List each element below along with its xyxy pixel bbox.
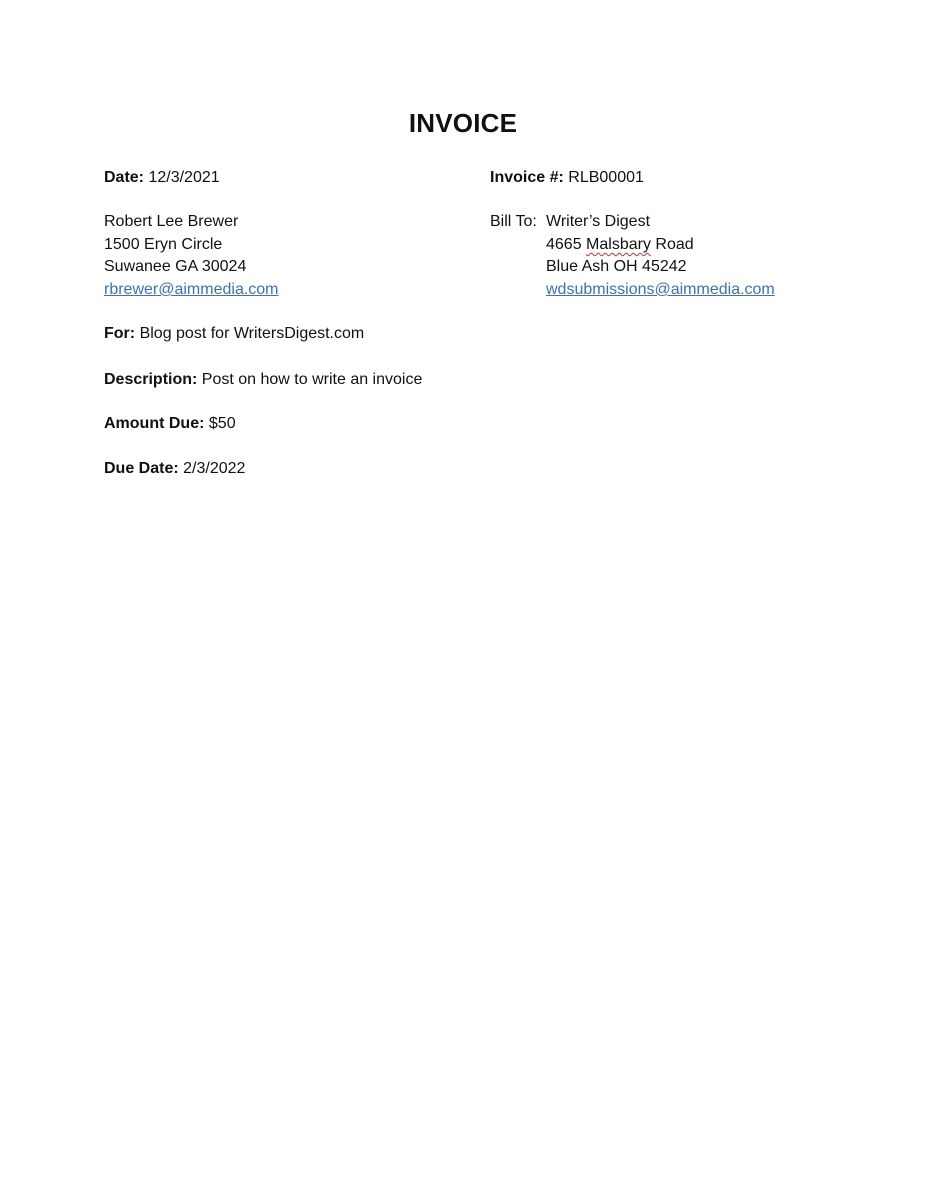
bill-to-city: Blue Ash OH 45242 [546,256,687,278]
sender-city: Suwanee GA 30024 [104,256,246,278]
sender-email-link[interactable]: rbrewer@aimmedia.com [104,281,279,298]
for-value: Blog post for WritersDigest.com [140,325,365,342]
bill-to-label: Bill To: [490,211,537,233]
invoice-number-label: Invoice #: [490,169,564,186]
description-label: Description: [104,371,197,388]
description-value: Post on how to write an invoice [202,371,423,388]
description-line: Description: Post on how to write an inv… [104,369,422,391]
for-line: For: Blog post for WritersDigest.com [104,323,364,345]
date-value: 12/3/2021 [148,169,219,186]
amount-due-line: Amount Due: $50 [104,413,236,435]
invoice-title: INVOICE [0,108,926,139]
date-line: Date: 12/3/2021 [104,167,220,189]
due-date-label: Due Date: [104,460,179,477]
bill-to-street-suffix: Road [655,236,693,253]
sender-street: 1500 Eryn Circle [104,234,222,256]
amount-due-label: Amount Due: [104,415,204,432]
due-date-value: 2/3/2022 [183,460,245,477]
spellcheck-flagged-word[interactable]: Malsbary [586,236,651,253]
sender-email-line: rbrewer@aimmedia.com [104,279,279,301]
date-label: Date: [104,169,144,186]
bill-to-street: 4665 Malsbary Road [546,234,694,256]
invoice-number-value: RLB00001 [568,169,644,186]
due-date-line: Due Date: 2/3/2022 [104,458,245,480]
bill-to-street-number: 4665 [546,236,582,253]
bill-to-name: Writer’s Digest [546,211,650,233]
invoice-number-line: Invoice #: RLB00001 [490,167,644,189]
amount-due-value: $50 [209,415,236,432]
bill-to-email-line: wdsubmissions@aimmedia.com [546,279,775,301]
for-label: For: [104,325,135,342]
bill-to-email-link[interactable]: wdsubmissions@aimmedia.com [546,281,775,298]
sender-name: Robert Lee Brewer [104,211,238,233]
